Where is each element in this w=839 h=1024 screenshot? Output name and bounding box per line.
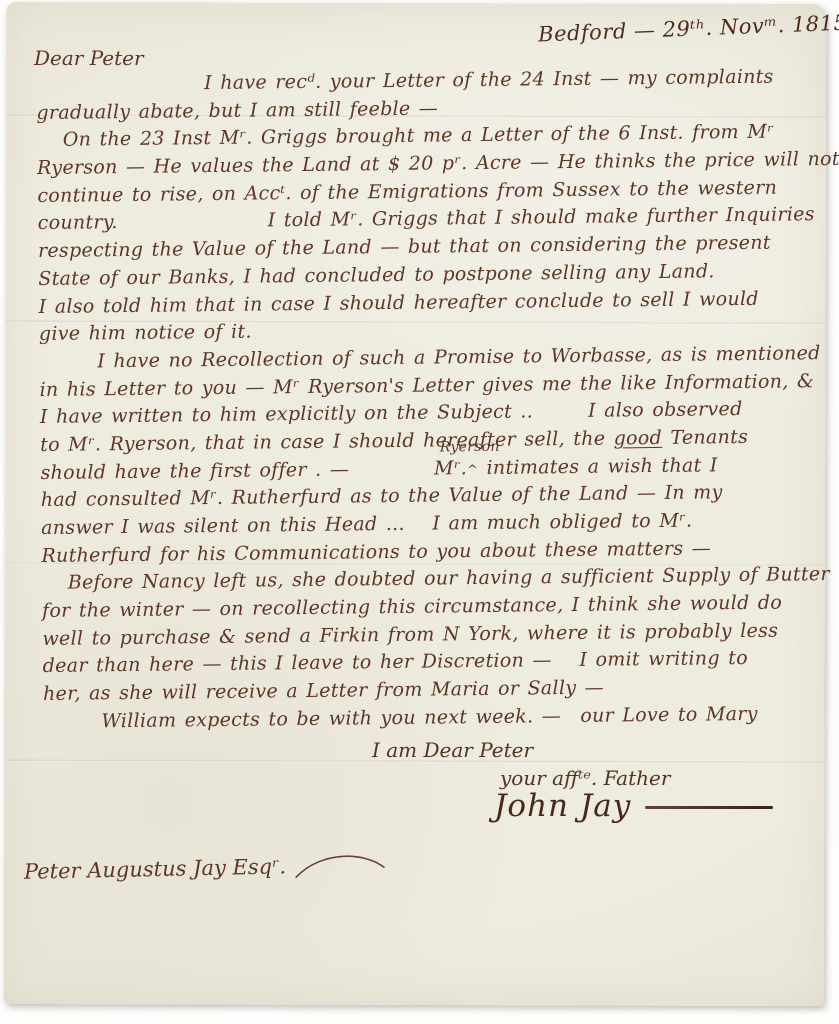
line-segment: I have written to him explicitly on the …: [40, 401, 533, 429]
caret-insertion: RyersonMʳ.^: [434, 455, 479, 485]
signature-name: John Jay: [494, 788, 631, 824]
line-segment: Mʳ.: [434, 457, 467, 479]
pen-gap: [533, 417, 588, 418]
pen-flourish-icon: [292, 853, 389, 881]
caret-mark: ^: [467, 463, 478, 478]
closing-line: your affᵗᵉ. Father: [500, 766, 670, 790]
pen-gap: [349, 474, 434, 475]
line-segment: country.: [38, 212, 118, 235]
letter-body: I have recᵈ. your Letter of the 24 Inst …: [36, 63, 833, 736]
signature: John Jay: [494, 788, 773, 824]
recipient-name: Peter Augustus Jay Esqʳ.: [24, 854, 286, 883]
closing-line: I am Dear Peter: [372, 738, 533, 762]
line-segment: Tenants: [662, 426, 748, 449]
pen-gap: [118, 227, 268, 229]
signature-dash: [645, 806, 773, 809]
line-segment: I also observed: [588, 398, 743, 422]
inserted-word: Ryerson: [440, 439, 500, 454]
line-segment: to Mʳ. Ryerson, that in case I should he…: [40, 427, 614, 456]
line-segment: I told Mʳ. Griggs that I should make fur…: [268, 204, 815, 232]
line-segment: should have the first offer . —: [40, 458, 349, 483]
line-segment: intimates a wish that I: [478, 454, 718, 479]
salutation: Dear Peter: [34, 46, 144, 70]
underlined-word: good: [614, 427, 663, 450]
